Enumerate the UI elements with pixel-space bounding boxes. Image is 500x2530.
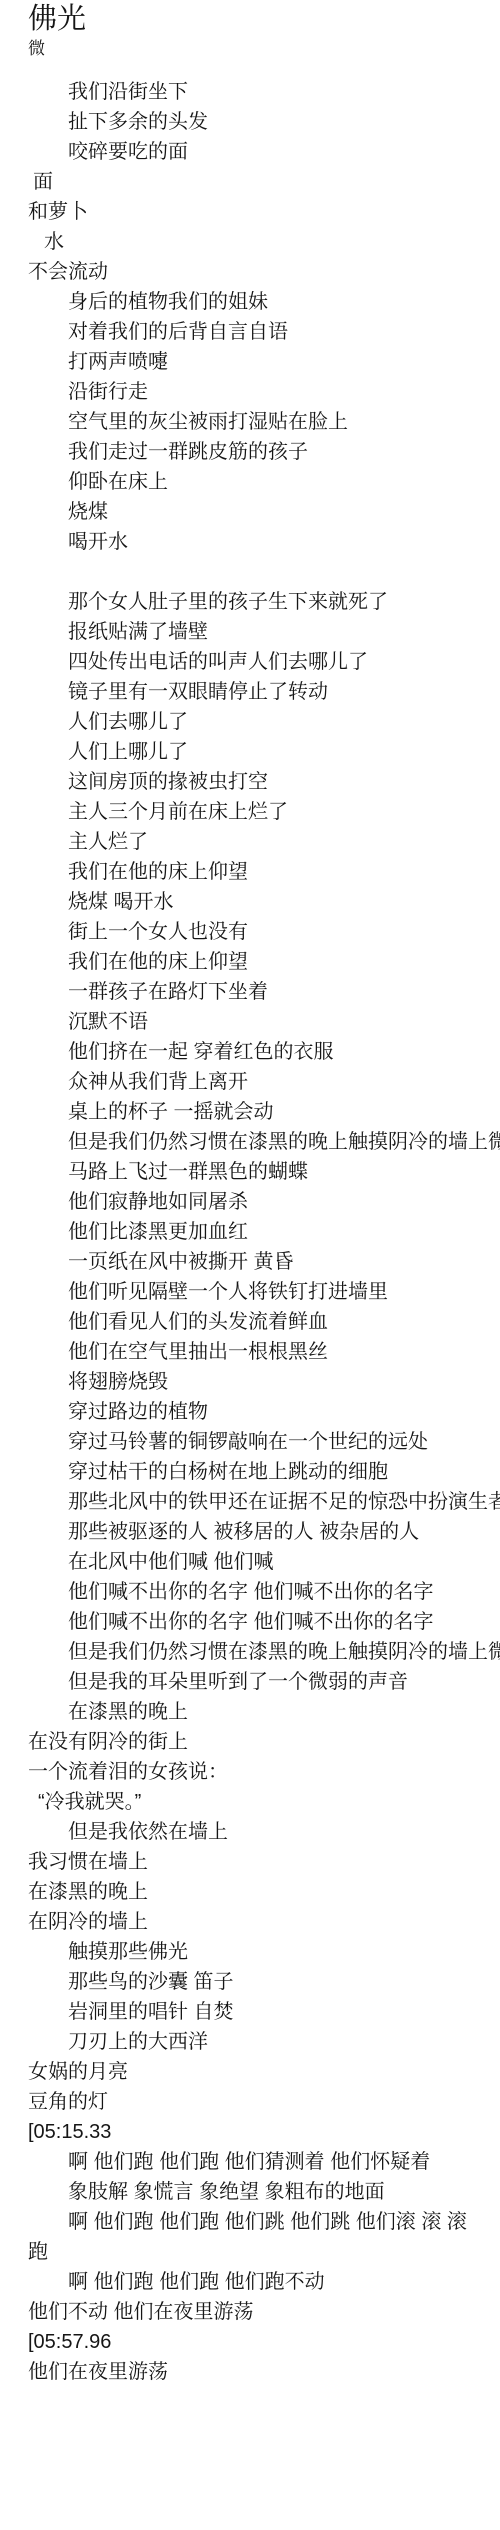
lyric-line: 不会流动	[28, 257, 500, 287]
lyric-line: 那些北风中的铁甲还在证据不足的惊恐中扮演生者	[28, 1487, 500, 1517]
lyric-line: 在阴冷的墙上	[28, 1907, 500, 1937]
lyrics-text: 我们沿街坐下扯下多余的头发咬碎要吃的面面和萝卜水不会流动身后的植物我们的姐妹对着…	[28, 77, 500, 2387]
lyric-line: 他们听见隔壁一个人将铁钉打进墙里	[28, 1277, 500, 1307]
lyric-line: 喝开水	[28, 527, 500, 557]
lyric-line: 打两声喷嚏	[28, 347, 500, 377]
lyric-line: 他们喊不出你的名字 他们喊不出你的名字	[28, 1607, 500, 1637]
lyric-line: 但是我们仍然习惯在漆黑的晚上触摸阴冷的墙上微	[28, 1127, 500, 1157]
page-title: 佛光	[28, 5, 86, 34]
lyric-line: 烧煤	[28, 497, 500, 527]
lyric-line: 马路上飞过一群黑色的蝴蝶	[28, 1157, 500, 1187]
lyric-line: 四处传出电话的叫声人们去哪儿了	[28, 647, 500, 677]
lyric-line: 面	[28, 167, 500, 197]
lyric-line: 在北风中他们喊 他们喊	[28, 1547, 500, 1577]
lyric-line: 穿过马铃薯的铜锣敲响在一个世纪的远处	[28, 1427, 500, 1457]
lyric-line: 沿街行走	[28, 377, 500, 407]
lyric-line: 众神从我们背上离开	[28, 1067, 500, 1097]
timestamp-line: [05:57.96	[28, 2327, 500, 2357]
lyric-line: 我们在他的床上仰望	[28, 857, 500, 887]
lyric-line: 烧煤 喝开水	[28, 887, 500, 917]
lyric-line: 他们看见人们的头发流着鲜血	[28, 1307, 500, 1337]
page: 佛光 微 我们沿街坐下扯下多余的头发咬碎要吃的面面和萝卜水不会流动身后的植物我们…	[0, 0, 500, 2530]
lyric-line: 那个女人肚子里的孩子生下来就死了	[28, 587, 500, 617]
lyric-line: 那些被驱逐的人 被移居的人 被杂居的人	[28, 1517, 500, 1547]
lyric-line: 在漆黑的晚上	[28, 1697, 500, 1727]
lyric-line: 豆角的灯	[28, 2087, 500, 2117]
lyric-line: 沉默不语	[28, 1007, 500, 1037]
lyric-line: 将翅膀烧毁	[28, 1367, 500, 1397]
lyric-line: 人们去哪儿了	[28, 707, 500, 737]
lyric-line: 桌上的杯子 一摇就会动	[28, 1097, 500, 1127]
lyric-line: 主人烂了	[28, 827, 500, 857]
lyric-line: 一个流着泪的女孩说：	[28, 1757, 500, 1787]
lyric-line: 他们不动 他们在夜里游荡	[28, 2297, 500, 2327]
lyric-line: 但是我依然在墙上	[28, 1817, 500, 1847]
lyric-line: 我习惯在墙上	[28, 1847, 500, 1877]
lyric-line: 一页纸在风中被撕开 黄昏	[28, 1247, 500, 1277]
lyric-line: 街上一个女人也没有	[28, 917, 500, 947]
lyric-line: 身后的植物我们的姐妹	[28, 287, 500, 317]
lyric-line: 我们走过一群跳皮筋的孩子	[28, 437, 500, 467]
lyric-line: 跑	[28, 2237, 500, 2267]
lyric-line: 但是我们仍然习惯在漆黑的晚上触摸阴冷的墙上微	[28, 1637, 500, 1667]
lyric-line: 他们寂静地如同屠杀	[28, 1187, 500, 1217]
lyric-line: 镜子里有一双眼睛停止了转动	[28, 677, 500, 707]
lyric-line: 扯下多余的头发	[28, 107, 500, 137]
lyric-line: 在漆黑的晚上	[28, 1877, 500, 1907]
lyric-line: 他们挤在一起 穿着红色的衣服	[28, 1037, 500, 1067]
lyric-line: 刀刃上的大西洋	[28, 2027, 500, 2057]
lyric-line: 他们在夜里游荡	[28, 2357, 500, 2387]
lyric-line: 主人三个月前在床上烂了	[28, 797, 500, 827]
lyric-line: 啊 他们跑 他们跑 他们猜测着 他们怀疑着	[28, 2147, 500, 2177]
lyric-line: 这间房顶的掾被虫打空	[28, 767, 500, 797]
lyric-line: 穿过路边的植物	[28, 1397, 500, 1427]
lyric-line: 象肢解 象慌言 象绝望 象粗布的地面	[28, 2177, 500, 2207]
lyric-line: 穿过枯干的白杨树在地上跳动的细胞	[28, 1457, 500, 1487]
lyric-line: 触摸那些佛光	[28, 1937, 500, 1967]
lyric-line: 他们在空气里抽出一根根黑丝	[28, 1337, 500, 1367]
lyric-line: 我们沿街坐下	[28, 77, 500, 107]
lyric-line: 和萝卜	[28, 197, 500, 227]
lyric-line: “冷我就哭。”	[28, 1787, 500, 1817]
lyric-line: 空气里的灰尘被雨打湿贴在脸上	[28, 407, 500, 437]
subtitle: 微	[28, 40, 45, 57]
lyric-line: 啊 他们跑 他们跑 他们跑不动	[28, 2267, 500, 2297]
lyric-line	[28, 557, 500, 587]
lyric-line: 他们比漆黑更加血红	[28, 1217, 500, 1247]
lyric-line: 报纸贴满了墙壁	[28, 617, 500, 647]
timestamp-line: [05:15.33	[28, 2117, 500, 2147]
lyric-line: 岩洞里的唱针 自焚	[28, 1997, 500, 2027]
lyric-line: 但是我的耳朵里听到了一个微弱的声音	[28, 1667, 500, 1697]
lyric-line: 我们在他的床上仰望	[28, 947, 500, 977]
lyric-line: 仰卧在床上	[28, 467, 500, 497]
lyric-line: 那些鸟的沙囊 笛子	[28, 1967, 500, 1997]
lyric-line: 水	[28, 227, 500, 257]
lyric-line: 在没有阴冷的街上	[28, 1727, 500, 1757]
lyric-line: 人们上哪儿了	[28, 737, 500, 767]
lyric-line: 女娲的月亮	[28, 2057, 500, 2087]
lyric-line: 对着我们的后背自言自语	[28, 317, 500, 347]
lyric-line: 咬碎要吃的面	[28, 137, 500, 167]
lyric-line: 啊 他们跑 他们跑 他们跳 他们跳 他们滚 滚 滚	[28, 2207, 500, 2237]
lyric-line: 他们喊不出你的名字 他们喊不出你的名字	[28, 1577, 500, 1607]
lyric-line: 一群孩子在路灯下坐着	[28, 977, 500, 1007]
